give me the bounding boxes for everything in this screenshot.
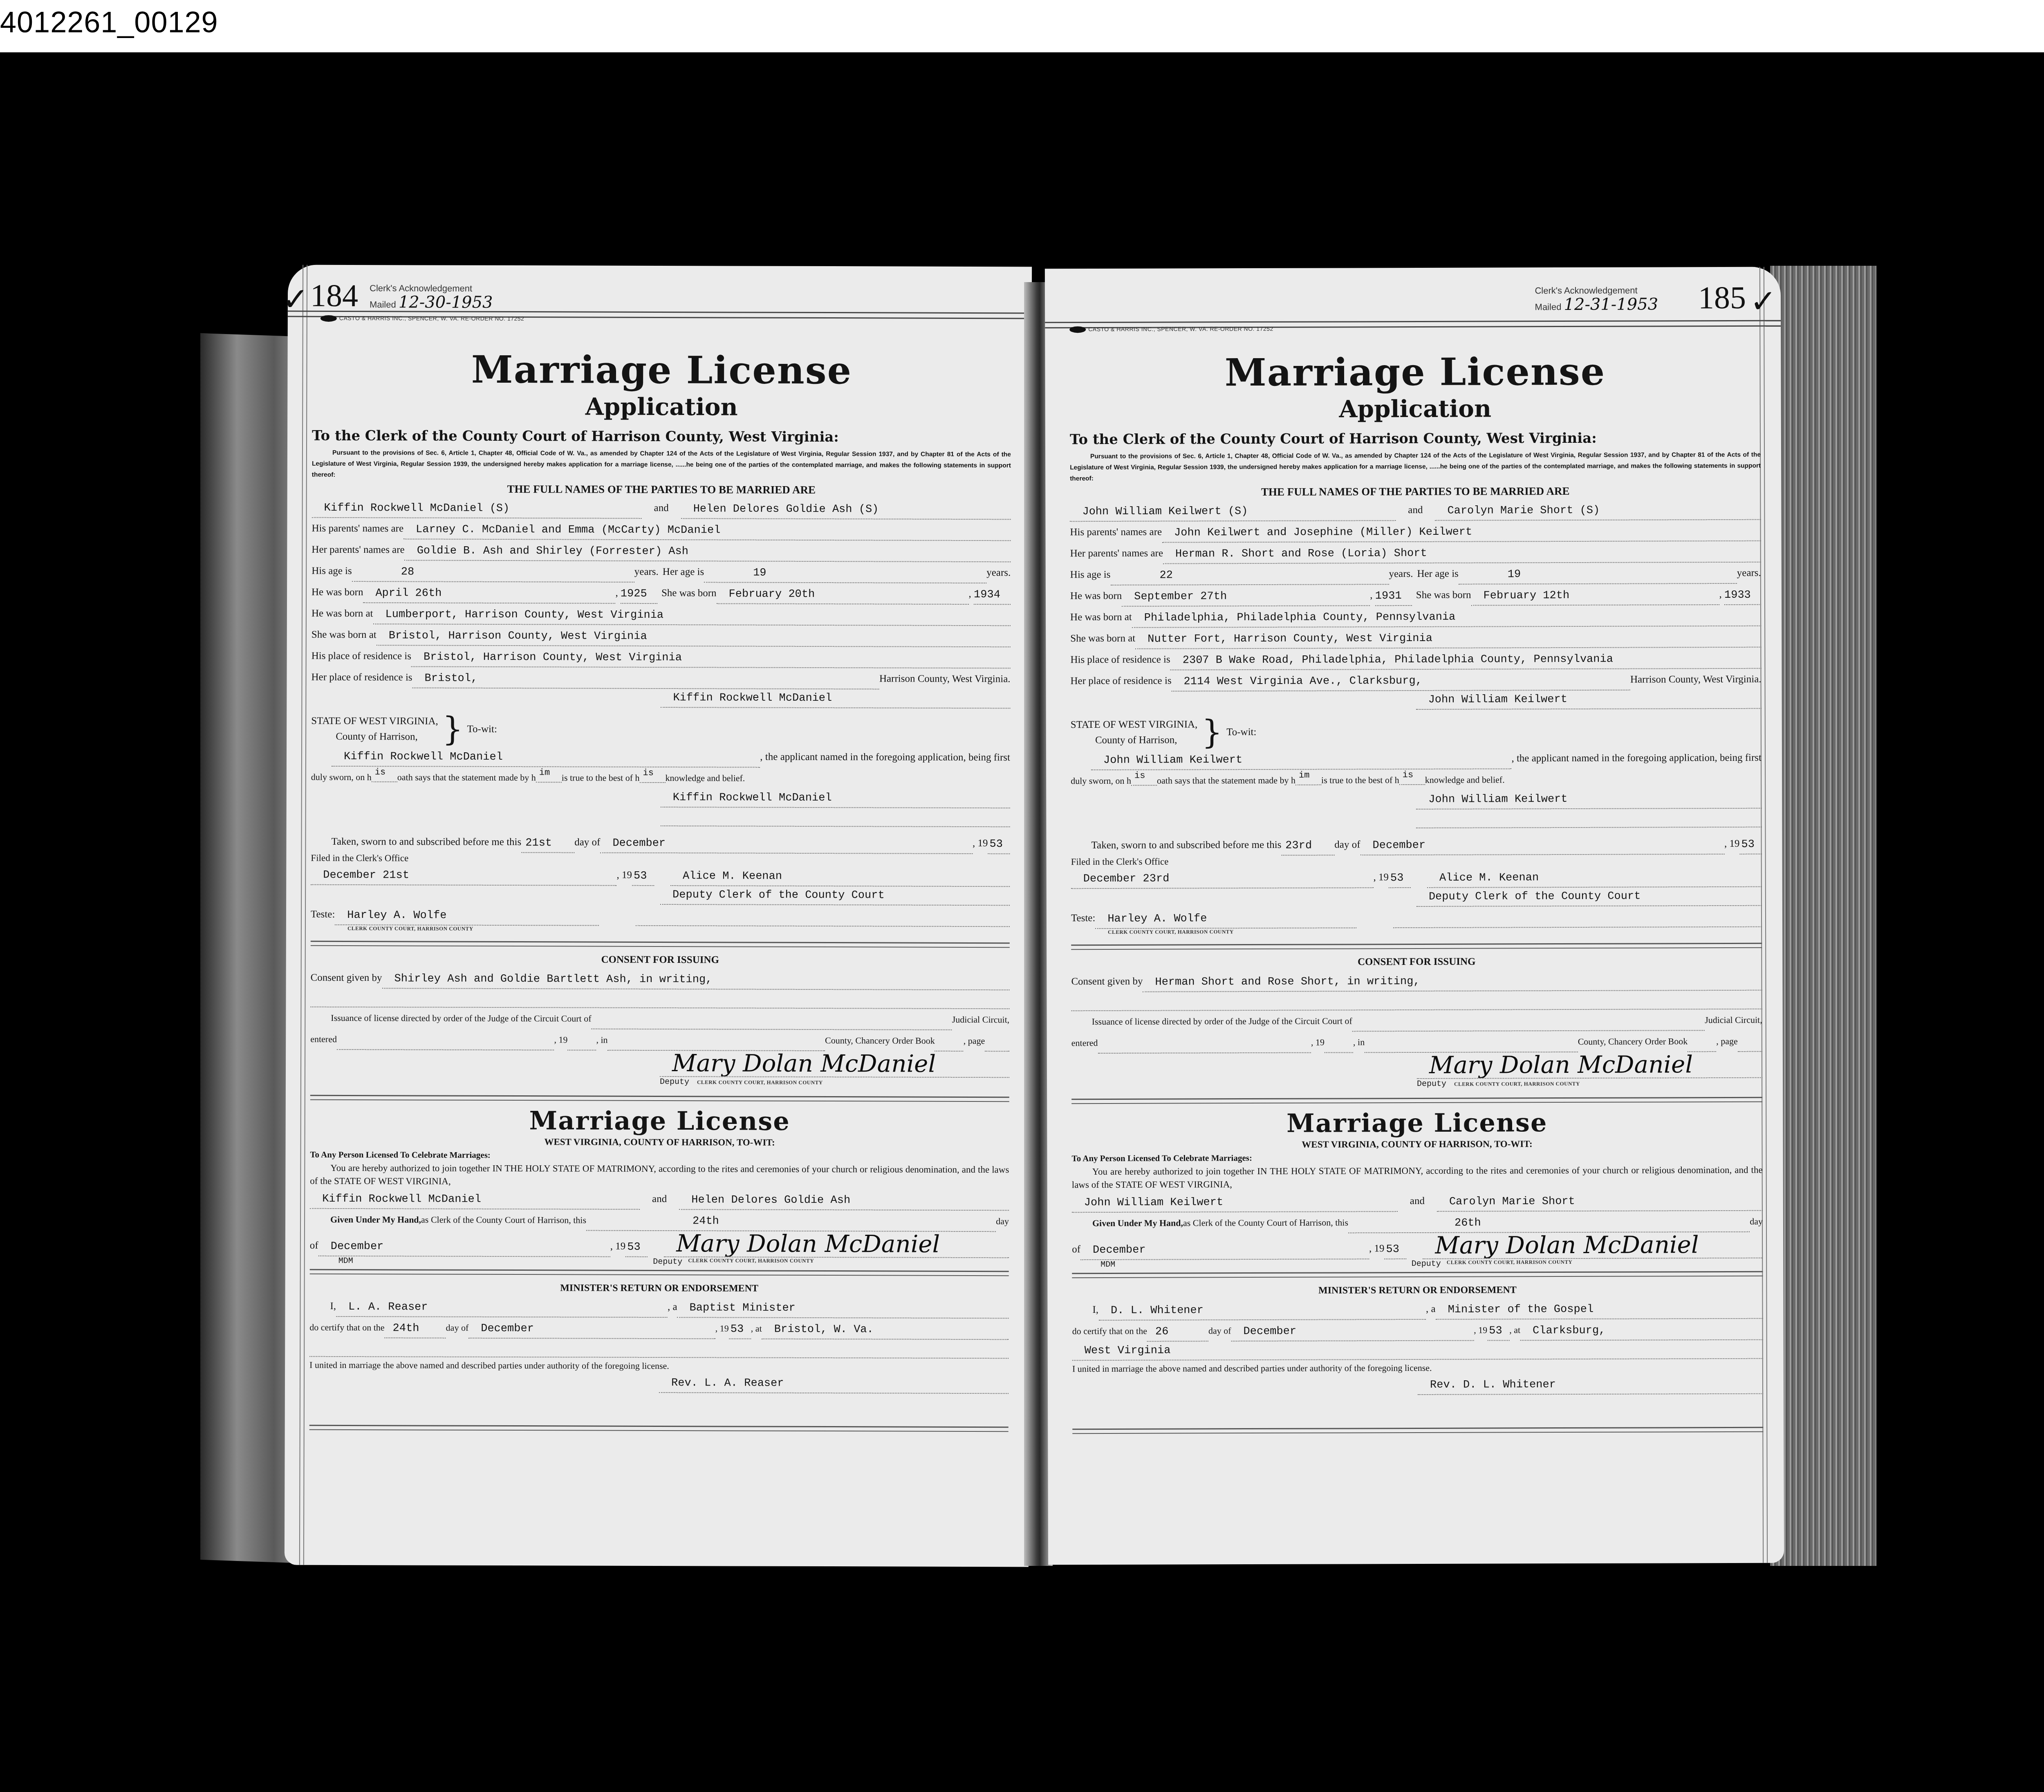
blank-line <box>636 907 1010 927</box>
his-birthplace-field: Lumberport, Harrison County, West Virgin… <box>373 606 1011 626</box>
filed-year: 53 <box>632 867 654 886</box>
her-age-label: Her age is <box>663 561 704 583</box>
his-parents-label: His parents' names are <box>1070 522 1162 543</box>
years-label: years. <box>986 562 1011 583</box>
given-under-hand-row: Given Under My Hand, as Clerk of the Cou… <box>310 1209 1009 1232</box>
she-born-label: She was born <box>1416 585 1471 606</box>
her-residence-label: Her place of residence is <box>1070 671 1171 692</box>
bride-name-field: Carolyn Marie Short (S) <box>1435 501 1761 521</box>
his-age-field: 22 <box>1110 566 1389 585</box>
his-parents-field: John Keilwert and Josephine (Miller) Kei… <box>1162 523 1761 543</box>
oath-applicant-suffix: , the applicant named in the foregoing a… <box>760 747 1010 769</box>
given-year: 53 <box>625 1238 648 1257</box>
applicant-signature-row: John William Keilwert <box>1071 690 1762 711</box>
his-residence-label: His place of residence is <box>1070 649 1170 671</box>
consent-given-by: Shirley Ash and Goldie Bartlett Ash, in … <box>382 970 1010 990</box>
oath-signature-row: John William Keilwert <box>1071 790 1762 810</box>
check-mark-icon: ✓ <box>1750 283 1777 320</box>
and-label: and <box>654 498 668 519</box>
given-month: December <box>1080 1240 1369 1260</box>
ages-row: His age is 22 years. Her age is 19 years… <box>1070 563 1761 585</box>
pronoun-1: is <box>372 763 397 782</box>
to-any-person: To Any Person Licensed To Celebrate Marr… <box>1072 1150 1763 1165</box>
his-residence-field: Bristol, Harrison County, West Virginia <box>411 648 1011 668</box>
certify-month: December <box>468 1320 715 1339</box>
sworn-month: December <box>600 834 973 854</box>
image-header-bar: 4012261_00129 <box>0 0 2044 52</box>
clerk-name: Alice M. Keenan <box>1427 868 1762 888</box>
page-184: ✓ 184 Clerk's Acknowledgement Mailed 12-… <box>285 265 1032 1567</box>
her-birthplace-row: She was born at Bristol, Harrison County… <box>312 624 1011 647</box>
circuit-court-field <box>1352 1012 1705 1032</box>
his-residence-field: 2307 B Wake Road, Philadelphia, Philadel… <box>1170 650 1762 671</box>
certify-place: Clarksburg, <box>1520 1321 1763 1341</box>
years-label: years. <box>1389 563 1413 585</box>
certify-place-line-2 <box>309 1338 1009 1359</box>
her-residence-row: Her place of residence is Bristol, Harri… <box>311 667 1010 690</box>
groom-name-field: John William Keilwert (S) <box>1070 502 1396 522</box>
towit-label: To-wit: <box>1226 724 1256 740</box>
clerk-title: Deputy Clerk of the County Court <box>1416 887 1762 907</box>
sworn-month: December <box>1360 836 1724 855</box>
section-divider <box>311 941 1010 948</box>
deputy-caption-row: Deputy CLERK COUNTY COURT, HARRISON COUN… <box>1071 1078 1762 1090</box>
his-age-field: 28 <box>352 563 634 583</box>
years-label: years. <box>634 561 659 583</box>
his-parents-row: His parents' names are John Keilwert and… <box>1070 520 1761 543</box>
statute-paragraph: Pursuant to the provisions of Sec. 6, Ar… <box>1070 449 1761 484</box>
her-birthplace-field: Bristol, Harrison County, West Virginia <box>377 627 1011 647</box>
filed-year: 53 <box>1389 869 1411 888</box>
oath-signature-row: Kiffin Rockwell McDaniel <box>311 788 1010 808</box>
state-label: STATE OF WEST VIRGINIA, <box>311 713 438 729</box>
his-birthplace-row: He was born at Lumberport, Harrison Coun… <box>312 603 1011 626</box>
license-jurisdiction: WEST VIRGINIA, COUNTY OF HARRISON, TO-WI… <box>1071 1137 1762 1151</box>
united-statement: I united in marriage the above named and… <box>1072 1359 1763 1377</box>
deputy-signature: Mary Dolan McDaniel <box>660 1050 1009 1078</box>
initials-row: MDM Deputy CLERK COUNTY COURT, HARRISON … <box>1072 1258 1763 1269</box>
certify-row: do certify that on the 24th day of Decem… <box>309 1317 1009 1340</box>
issuance-row: Issuance of license directed by order of… <box>1071 1009 1762 1032</box>
filed-label: Filed in the Clerk's Office <box>1071 855 1762 868</box>
consent-signature-row: Mary Dolan McDaniel <box>310 1050 1009 1078</box>
margin-line <box>1764 267 1768 1563</box>
license-title: Marriage License <box>310 1105 1009 1137</box>
applicant-signature-row: Kiffin Rockwell McDaniel <box>311 688 1010 709</box>
her-age-field: 19 <box>704 564 986 583</box>
oath-sworn-row: duly sworn, on h is oath says that the s… <box>1071 769 1762 792</box>
given-day: 24th <box>586 1212 996 1232</box>
certify-year: 53 <box>1487 1322 1509 1341</box>
his-parents-label: His parents' names are <box>312 518 403 540</box>
certify-day: 26 <box>1147 1323 1208 1341</box>
given-under-hand-row: Given Under My Hand, as Clerk of the Cou… <box>1072 1211 1763 1234</box>
his-birth-year-field: 1931 <box>1375 587 1412 606</box>
minister-name-row: I, D. L. Whitener , a Minister of the Go… <box>1072 1298 1763 1321</box>
filed-date: December 21st <box>311 866 616 886</box>
section-divider <box>310 1095 1009 1102</box>
oath-jurisdiction: STATE OF WEST VIRGINIA, County of Harris… <box>311 713 1010 747</box>
license-bride: Carolyn Marie Short <box>1437 1192 1763 1212</box>
county-label: County of Harrison, <box>1071 732 1198 748</box>
full-names-header: THE FULL NAMES OF THE PARTIES TO BE MARR… <box>312 480 1011 498</box>
minister-name-row: I, L. A. Reaser , a Baptist Minister <box>309 1296 1009 1319</box>
sworn-date-row: Taken, sworn to and subscribed before me… <box>311 831 1010 854</box>
his-birth-date-field: September 27th <box>1122 587 1370 607</box>
he-born-label: He was born <box>312 582 363 603</box>
clerk-acknowledgement: Clerk's Acknowledgement Mailed 12-31-195… <box>1535 283 1658 314</box>
brace-icon: } <box>1201 716 1222 749</box>
page-number: 185 <box>1698 279 1746 316</box>
mailed-label: Mailed <box>1535 302 1562 312</box>
license-bride: Helen Delores Goldie Ash <box>679 1191 1009 1211</box>
certify-day: 24th <box>385 1319 446 1338</box>
certify-place-row-2 <box>309 1338 1009 1359</box>
blank-line <box>310 989 1009 1009</box>
license-form: Marriage License Application To the Cler… <box>1069 349 1763 1439</box>
minister-signature: Rev. L. A. Reaser <box>659 1374 1009 1394</box>
consent-signature-row: Mary Dolan McDaniel <box>1071 1052 1762 1080</box>
consent-header: CONSENT FOR ISSUING <box>311 951 1010 969</box>
his-age-label: His age is <box>1070 564 1111 585</box>
minister-header: MINISTER'S RETURN OR ENDORSEMENT <box>1072 1281 1763 1299</box>
form-title: Marriage License <box>312 347 1011 393</box>
clerk-title-row: Deputy Clerk of the County Court <box>1071 887 1762 908</box>
sworn-day: 21st <box>521 834 574 853</box>
her-age-label: Her age is <box>1417 563 1458 585</box>
deputy-caption-row: Deputy CLERK COUNTY COURT, HARRISON COUN… <box>310 1076 1009 1088</box>
his-birth-year-field: 1925 <box>621 585 657 604</box>
ages-row: His age is 28 years. Her age is 19 years… <box>312 561 1011 583</box>
blank-line <box>1393 908 1762 928</box>
addressee-line: To the Clerk of the County Court of Harr… <box>312 424 1011 449</box>
her-parents-label: Her parents' names are <box>312 539 404 561</box>
filed-label: Filed in the Clerk's Office <box>311 852 1010 866</box>
certify-row: do certify that on the 26 day of Decembe… <box>1072 1319 1763 1342</box>
clerk-signature: Mary Dolan McDaniel <box>1423 1231 1763 1259</box>
minister-name: D. L. Whitener <box>1098 1301 1426 1321</box>
teste-name: Harley A. Wolfe <box>1095 909 1356 929</box>
to-any-person: To Any Person Licensed To Celebrate Marr… <box>310 1148 1009 1163</box>
sworn-year: 53 <box>1739 836 1762 855</box>
state-label: STATE OF WEST VIRGINIA, <box>1071 717 1198 733</box>
addressee-line: To the Clerk of the County Court of Harr… <box>1070 426 1761 451</box>
her-birthplace-row: She was born at Nutter Fort, Harrison Co… <box>1070 626 1761 649</box>
minister-signature-row: Rev. D. L. Whitener <box>1072 1375 1763 1396</box>
his-age-label: His age is <box>312 561 352 582</box>
given-month-row: of December , 19 53 Mary Dolan McDaniel <box>310 1230 1009 1258</box>
pronoun-3: is <box>639 764 665 783</box>
her-residence-label: Her place of residence is <box>311 667 412 689</box>
her-parents-field: Herman R. Short and Rose (Loria) Short <box>1163 544 1761 564</box>
filed-row: December 23rd , 19 53 Alice M. Keenan <box>1071 866 1762 889</box>
license-groom: John William Keilwert <box>1072 1193 1398 1213</box>
his-parents-field: Larney C. McDaniel and Emma (McCarty) Mc… <box>403 520 1011 541</box>
clerk-initials: MDM <box>1072 1259 1412 1269</box>
her-residence-field: 2114 West Virginia Ave., Clarksburg, <box>1172 672 1630 692</box>
her-parents-field: Goldie B. Ash and Shirley (Forrester) As… <box>405 542 1011 562</box>
parties-row: Kiffin Rockwell McDaniel (S) and Helen D… <box>312 497 1011 520</box>
section-divider <box>1071 943 1762 950</box>
minister-title: Baptist Minister <box>677 1299 1009 1319</box>
sworn-year: 53 <box>988 835 1010 854</box>
her-age-field: 19 <box>1459 565 1737 585</box>
births-row: He was born April 26th , 1925 She was bo… <box>312 582 1011 605</box>
he-born-label: He was born <box>1070 585 1122 607</box>
certify-month: December <box>1231 1322 1474 1342</box>
her-birthplace-field: Nutter Fort, Harrison County, West Virgi… <box>1135 629 1761 649</box>
filed-date: December 23rd <box>1071 869 1374 889</box>
clerk-name: Alice M. Keenan <box>670 867 1010 887</box>
bride-name-field: Helen Delores Goldie Ash (S) <box>681 500 1011 520</box>
her-parents-row: Her parents' names are Herman R. Short a… <box>1070 541 1761 564</box>
teste-caption: CLERK COUNTY COURT, HARRISON COUNTY <box>1071 927 1762 935</box>
consent-blank-row <box>310 989 1009 1009</box>
page-number: 184 <box>310 277 358 314</box>
page-bottom-rule <box>1072 1427 1763 1434</box>
county-field <box>1365 1034 1578 1053</box>
printer-imprint: CASTO & HARRIS INC., SPENCER, W. VA. RE-… <box>320 315 524 323</box>
entered-row: entered , 19 , in County, Chancery Order… <box>310 1029 1009 1052</box>
teste-row: Teste: Harley A. Wolfe <box>311 904 1010 927</box>
teste-name: Harley A. Wolfe <box>335 906 599 926</box>
minister-header: MINISTER'S RETURN OR ENDORSEMENT <box>310 1279 1009 1297</box>
her-residence-row: Her place of residence is 2114 West Virg… <box>1070 669 1761 692</box>
consent-header: CONSENT FOR ISSUING <box>1071 953 1762 971</box>
margin-line <box>303 265 307 1565</box>
his-birth-date-field: April 26th <box>363 584 615 604</box>
her-parents-label: Her parents' names are <box>1070 543 1163 565</box>
he-born-at-label: He was born at <box>312 603 373 624</box>
page-185: 185 ✓ Clerk's Acknowledgement Mailed 12-… <box>1045 267 1784 1565</box>
entered-field <box>1098 1034 1311 1054</box>
united-statement: I united in marriage the above named and… <box>309 1357 1009 1375</box>
parties-row: John William Keilwert (S) and Carolyn Ma… <box>1070 499 1761 522</box>
printer-imprint: CASTO & HARRIS INC., SPENCER, W. VA. RE-… <box>1069 325 1273 333</box>
blank-signature-line <box>661 807 1010 827</box>
mailed-date: 12-30-1953 <box>399 293 493 312</box>
margin-line <box>299 265 303 1565</box>
form-subtitle: Application <box>1070 394 1761 424</box>
her-birth-year-field: 1934 <box>974 586 1011 605</box>
minister-signature: Rev. D. L. Whitener <box>1418 1375 1763 1395</box>
sworn-day: 23rd <box>1281 837 1334 856</box>
statute-paragraph: Pursuant to the provisions of Sec. 6, Ar… <box>312 447 1011 482</box>
years-label: years. <box>1737 563 1761 584</box>
county-suffix: Harrison County, West Virginia. <box>879 668 1011 690</box>
his-birthplace-field: Philadelphia, Philadelphia County, Penns… <box>1132 608 1761 628</box>
county-field <box>607 1032 825 1051</box>
consent-row: Consent given by Shirley Ash and Goldie … <box>311 967 1010 990</box>
consent-row: Consent given by Herman Short and Rose S… <box>1071 969 1762 992</box>
given-month: December <box>318 1238 610 1257</box>
county-suffix: Harrison County, West Virginia. <box>1630 669 1762 691</box>
blank-line <box>1071 991 1762 1011</box>
form-title: Marriage License <box>1069 349 1760 395</box>
her-residence-field: Bristol, <box>412 669 879 689</box>
license-parties-row: Kiffin Rockwell McDaniel and Helen Delor… <box>310 1188 1009 1211</box>
section-divider <box>1071 1097 1762 1104</box>
entered-row: entered , 19 , in County, Chancery Order… <box>1071 1031 1762 1054</box>
births-row: He was born September 27th , 1931 She wa… <box>1070 584 1761 607</box>
authorization-paragraph: You are hereby authorized to join togeth… <box>1072 1164 1763 1191</box>
applicant-signature: Kiffin Rockwell McDaniel <box>661 689 1010 709</box>
license-jurisdiction: WEST VIRGINIA, COUNTY OF HARRISON, TO-WI… <box>310 1135 1009 1149</box>
given-month-row: of December , 19 53 Mary Dolan McDaniel <box>1072 1232 1763 1260</box>
issuance-row: Issuance of license directed by order of… <box>310 1007 1009 1030</box>
pronoun-3: is <box>1399 766 1425 785</box>
his-birthplace-row: He was born at Philadelphia, Philadelphi… <box>1070 605 1761 628</box>
mailed-label: Mailed <box>370 299 396 310</box>
certify-year: 53 <box>729 1320 751 1339</box>
consent-given-by: Herman Short and Rose Short, in writing, <box>1143 972 1762 992</box>
blank-signature-line <box>1416 809 1762 828</box>
certify-place-line-2: West Virginia <box>1072 1340 1763 1361</box>
image-id-label: 4012261_00129 <box>0 6 218 39</box>
license-title: Marriage License <box>1071 1107 1762 1139</box>
sworn-date-row: Taken, sworn to and subscribed before me… <box>1071 833 1762 856</box>
minister-signature-row: Rev. L. A. Reaser <box>309 1373 1009 1394</box>
oath-sworn-row: duly sworn, on h is oath says that the s… <box>311 767 1010 789</box>
license-groom: Kiffin Rockwell McDaniel <box>310 1190 640 1210</box>
and-label: and <box>1408 500 1423 521</box>
blank-signature-row <box>1071 809 1762 829</box>
clerk-acknowledgement: Clerk's Acknowledgement Mailed 12-30-195… <box>370 281 493 312</box>
towit-label: To-wit: <box>467 722 497 737</box>
pronoun-2: im <box>536 764 562 783</box>
he-born-at-label: He was born at <box>1070 607 1132 628</box>
her-birth-year-field: 1933 <box>1724 586 1761 605</box>
minister-title: Minister of the Gospel <box>1436 1300 1763 1320</box>
blank-signature-row <box>311 807 1010 827</box>
oath-signature: Kiffin Rockwell McDaniel <box>661 789 1010 808</box>
clerk-title: Deputy Clerk of the County Court <box>660 886 1010 906</box>
her-birth-date-field: February 20th <box>717 585 969 605</box>
certify-place: Bristol, W. Va. <box>762 1321 1009 1340</box>
oath-jurisdiction: STATE OF WEST VIRGINIA, County of Harris… <box>1071 715 1762 749</box>
she-born-at-label: She was born at <box>1070 628 1135 649</box>
brace-icon: } <box>442 713 463 746</box>
filed-row: December 21st , 19 53 Alice M. Keenan <box>311 864 1010 887</box>
she-born-at-label: She was born at <box>312 624 377 646</box>
teste-row: Teste: Harley A. Wolfe <box>1071 906 1762 929</box>
his-parents-row: His parents' names are Larney C. McDanie… <box>312 518 1011 541</box>
clerk-initials: MDM <box>310 1256 653 1267</box>
pronoun-1: is <box>1131 767 1157 786</box>
mailed-date: 12-31-1953 <box>1564 295 1658 314</box>
county-label: County of Harrison, <box>311 729 438 745</box>
section-divider <box>1072 1271 1763 1278</box>
printer-logo-icon <box>320 315 337 322</box>
form-subtitle: Application <box>312 392 1011 422</box>
deputy-signature: Mary Dolan McDaniel <box>1417 1051 1762 1079</box>
clerk-title-row: Deputy Clerk of the County Court <box>311 885 1010 906</box>
page-bottom-rule <box>309 1425 1009 1432</box>
his-residence-label: His place of residence is <box>312 646 411 667</box>
oath-signature: John William Keilwert <box>1416 790 1762 810</box>
given-day: 26th <box>1348 1213 1750 1234</box>
her-birth-date-field: February 12th <box>1471 586 1719 606</box>
license-parties-row: John William Keilwert and Carolyn Marie … <box>1072 1190 1763 1213</box>
oath-applicant-suffix: , the applicant named in the foregoing a… <box>1511 747 1762 769</box>
she-born-label: She was born <box>661 583 717 604</box>
his-residence-row: His place of residence is 2307 B Wake Ro… <box>1070 648 1761 671</box>
groom-name-field: Kiffin Rockwell McDaniel (S) <box>312 499 642 519</box>
book-right-edge <box>1770 266 1876 1566</box>
consent-blank-row <box>1071 991 1762 1011</box>
full-names-header: THE FULL NAMES OF THE PARTIES TO BE MARR… <box>1070 482 1761 500</box>
entered-field <box>337 1031 554 1050</box>
certify-place-row-2: West Virginia <box>1072 1340 1763 1361</box>
applicant-signature: John William Keilwert <box>1416 690 1762 710</box>
printer-logo-icon <box>1069 326 1086 333</box>
clerk-signature: Mary Dolan McDaniel <box>664 1230 1009 1258</box>
circuit-court-field <box>591 1011 952 1030</box>
her-parents-row: Her parents' names are Goldie B. Ash and… <box>312 539 1011 562</box>
pronoun-2: im <box>1295 767 1321 785</box>
his-residence-row: His place of residence is Bristol, Harri… <box>312 646 1011 668</box>
section-divider <box>310 1269 1009 1276</box>
authorization-paragraph: You are hereby authorized to join togeth… <box>310 1162 1009 1189</box>
given-year: 53 <box>1384 1240 1406 1259</box>
initials-row: MDM Deputy CLERK COUNTY COURT, HARRISON … <box>310 1256 1009 1267</box>
license-form: Marriage License Application To the Cler… <box>309 347 1011 1437</box>
minister-name: L. A. Reaser <box>336 1298 668 1318</box>
